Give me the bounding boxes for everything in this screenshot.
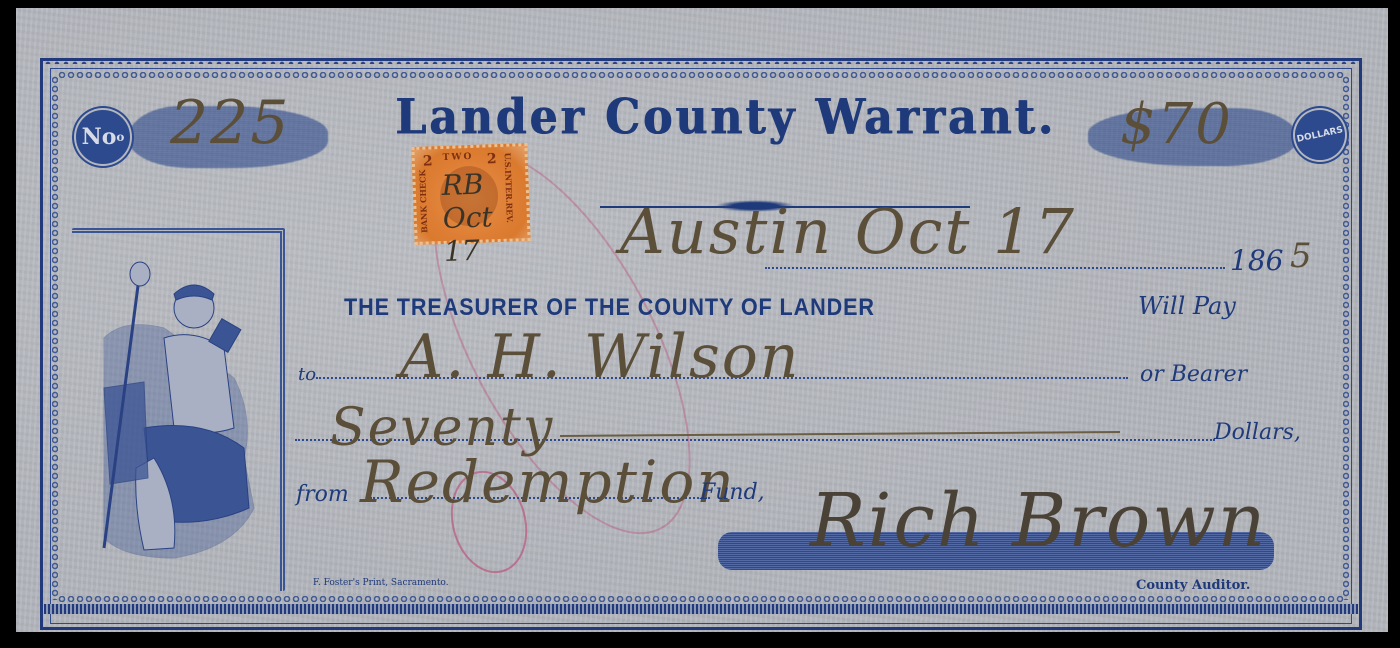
year-printed: 186 xyxy=(1230,244,1283,277)
or-bearer-label: or Bearer xyxy=(1140,362,1247,387)
scalloped-border xyxy=(44,60,1358,64)
printer-credit: F. Foster's Print, Sacramento. xyxy=(313,578,449,588)
seated-goddess-icon xyxy=(84,258,264,568)
lace-border-top xyxy=(58,72,1344,78)
lace-border-right xyxy=(1343,76,1349,600)
lace-border-bottom xyxy=(58,596,1344,602)
stamp-numeral: 2 xyxy=(423,153,433,169)
number-medallion: Noo xyxy=(76,110,130,164)
place-date: Austin Oct 17 xyxy=(620,195,1076,268)
document-title: Lander County Warrant. xyxy=(395,89,1056,145)
date-line xyxy=(765,267,1225,269)
fund-label: Fund, xyxy=(700,480,765,505)
year-handwritten: 5 xyxy=(1290,236,1314,276)
stamp-left-text: BANK CHECK xyxy=(417,170,429,234)
treasurer-line: THE TREASURER OF THE COUNTY OF LANDER xyxy=(344,294,875,322)
bottom-band xyxy=(44,604,1358,614)
payee-name: A. H. Wilson xyxy=(400,322,801,392)
warrant-number: 225 xyxy=(170,88,291,158)
dollars-medallion-text: DOLLARS xyxy=(1296,125,1344,145)
to-label: to xyxy=(298,364,316,385)
signer-title: County Auditor. xyxy=(1136,578,1250,593)
will-pay-label: Will Pay xyxy=(1138,292,1236,320)
number-label: No xyxy=(82,124,117,150)
revenue-stamp: TWO U.S.INTER.REV. BANK CHECK 2 2 RB Oct… xyxy=(411,143,530,245)
from-label: from xyxy=(296,482,349,507)
auditor-signature: Rich Brown xyxy=(810,478,1267,564)
stamp-denomination: TWO xyxy=(443,152,474,163)
fund-name: Redemption xyxy=(360,448,736,516)
amount-figures: $70 xyxy=(1120,92,1233,157)
stamp-numeral: 2 xyxy=(487,151,497,167)
dollars-label: Dollars, xyxy=(1214,420,1301,445)
stamp-cancellation: RB Oct 17 xyxy=(441,166,528,268)
allegorical-vignette xyxy=(72,228,284,590)
lace-border-left xyxy=(52,76,58,600)
